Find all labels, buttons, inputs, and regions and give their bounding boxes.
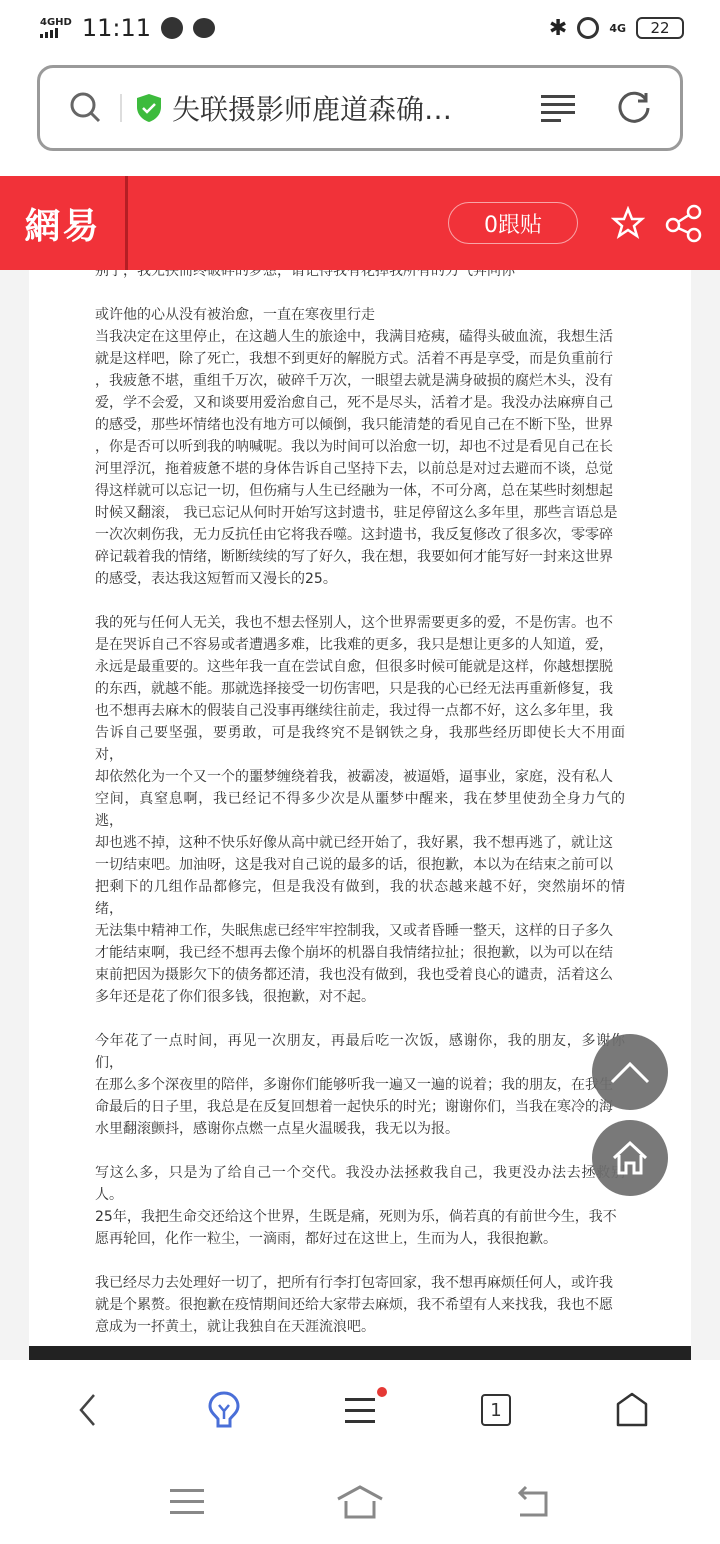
system-home-icon — [336, 1485, 384, 1519]
article-line: 碎记载着我的情绪，断断续续的写了好久，我在想，我要如何才能写好一封来这世界 — [95, 546, 625, 568]
article-line: 今年花了一点时间，再见一次朋友，再最后吃一次饭，感谢你，我的朋友，多谢你们， — [95, 1030, 625, 1074]
article-line: 25年，我把生命交还给这个世界，生既是痛，死则为乐，倘若真的有前世今生，我不 — [95, 1206, 625, 1228]
article-line: 就是这样吧，除了死亡，我想不到更好的解脱方式。活着不再是享受，而是负重前行 — [95, 348, 625, 370]
article-line: 多年还是花了你们很多钱，很抱歉，对不起。 — [95, 986, 625, 1008]
alarm-icon — [577, 17, 599, 39]
article-line: 是在哭诉自己不容易或者遭遇多难，比我难的更多，我只是想让更多的人知道，爱， — [95, 634, 625, 656]
reader-menu-icon[interactable] — [530, 80, 586, 136]
article-line: 愿再轮回，化作一粒尘，一滴雨，都好过在这世上，生而为人，我很抱歉。 — [95, 1228, 625, 1250]
scroll-to-top-button[interactable] — [592, 1034, 668, 1110]
article-line: 河里浮沉，拖着疲惫不堪的身体告诉自己坚持下去，以前总是对过去避而不谈，总觉 — [95, 458, 625, 480]
back-button[interactable] — [53, 1375, 123, 1445]
article-line: 无法集中精神工作，失眠焦虑已经牢牢控制我，又或者昏睡一整天，这样的日子多久 — [95, 920, 625, 942]
browser-address-area: 失联摄影师鹿道森确… — [0, 56, 720, 176]
notification-dot — [377, 1387, 387, 1397]
article-line: 写这么多，只是为了给自己一个交代。我没办法拯救我自己，我更没办法去拯救别人。 — [95, 1162, 625, 1206]
divider — [120, 94, 122, 122]
article-paragraph: 今年花了一点时间，再见一次朋友，再最后吃一次饭，感谢你，我的朋友，多谢你们，在那… — [95, 1030, 625, 1140]
recents-icon — [170, 1487, 204, 1517]
address-bar[interactable]: 失联摄影师鹿道森确… — [37, 65, 683, 151]
article-line: 告诉自己要坚强，要勇敢，可是我终究不是钢铁之身，我那些经历即使长大不用面对， — [95, 722, 625, 766]
system-back-button[interactable] — [503, 1472, 563, 1532]
article-line: 一切结束吧。加油呀，这是我对自己说的最多的话，很抱歉，本以为在结束之前可以 — [95, 854, 625, 876]
article-line: 我已经尽力去处理好一切了，把所有行李打包寄回家，我不想再麻烦任何人，或许我 — [95, 1272, 625, 1294]
chevron-up-icon — [610, 1060, 650, 1084]
site-logo[interactable]: 網易 — [0, 176, 128, 270]
article-line: 也不想再去麻木的假装自己没事再继续往前走，我过得一点都不好，这么多年里，我 — [95, 700, 625, 722]
article-line: ，我疲惫不堪，重组千万次，破碎千万次，一眼望去就是满身破损的腐烂木头，没有 — [95, 370, 625, 392]
clock: 11:11 — [82, 14, 151, 42]
network-label: 4GHD — [40, 18, 72, 28]
article-line: 才能结束啊，我已经不想再去像个崩坏的机器自我情绪拉扯；很抱歉，以为可以在结 — [95, 942, 625, 964]
site-header: 網易 0跟贴 — [0, 176, 720, 270]
status-bar: 4GHD 11:11 ✱ 4G 22 — [0, 0, 720, 56]
recents-button[interactable] — [157, 1472, 217, 1532]
article-line: 在那么多个深夜里的陪伴，多谢你们能够听我一遍又一遍的说着；我的朋友，在我生 — [95, 1074, 625, 1096]
article-line: 却也逃不掉，这种不快乐好像从高中就已经开始了，我好累，我不想再逃了，就让这 — [95, 832, 625, 854]
signal-bars-icon — [40, 28, 72, 38]
speedometer-icon — [161, 17, 183, 39]
article-body: 别了，我无挟而终破碎的梦想，请记得我有花掉我所有的力气奔向你 或许他的心从没有被… — [29, 270, 691, 1346]
article-image-edge — [29, 1346, 691, 1360]
article-line: 空间，真窒息啊，我已经记不得多少次是从噩梦中醒来，我在梦里使劲全身力气的逃， — [95, 788, 625, 832]
article-area: 别了，我无挟而终破碎的梦想，请记得我有花掉我所有的力气奔向你 或许他的心从没有被… — [0, 270, 720, 1360]
article-line: 命最后的日子里，我总是在反复回想着一起快乐的时光；谢谢你们，当我在寒冷的海 — [95, 1096, 625, 1118]
signal-indicator: 4GHD — [40, 18, 72, 38]
reload-icon[interactable] — [606, 80, 662, 136]
article-line: 当我决定在这里停止，在这趟人生的旅途中，我满目疮痍，磕得头破血流，我想生活 — [95, 326, 625, 348]
house-icon — [610, 1138, 650, 1178]
article-line: 意成为一抔黄土，就让我独自在天涯流浪吧。 — [95, 1316, 625, 1338]
article-paragraph: 写这么多，只是为了给自己一个交代。我没办法拯救我自己，我更没办法去拯救别人。25… — [95, 1162, 625, 1250]
hamburger-icon — [345, 1396, 375, 1424]
article-paragraph: 或许他的心从没有被治愈，一直在寒夜里行走当我决定在这里停止，在这趟人生的旅途中，… — [95, 304, 625, 590]
bluetooth-icon: ✱ — [549, 16, 567, 41]
system-home-button[interactable] — [330, 1472, 390, 1532]
chevron-left-icon — [76, 1392, 100, 1428]
article-line: 的感受，表达我这短暂而又漫长的25。 — [95, 568, 625, 590]
article-line: 的感受，那些坏情绪也没有地方可以倾倒，我只能清楚的看见自己在不断下坠，世界 — [95, 414, 625, 436]
comments-button[interactable]: 0跟贴 — [448, 202, 578, 244]
tabs-button[interactable]: 1 — [461, 1375, 531, 1445]
home-outline-icon — [616, 1392, 648, 1428]
battery-indicator: 22 — [636, 17, 684, 39]
data-network-label: 4G — [609, 22, 626, 35]
search-icon[interactable] — [58, 80, 114, 136]
article-line: 我的死与任何人无关，我也不想去怪别人，这个世界需要更多的爱，不是伤害。也不 — [95, 612, 625, 634]
article-line: 就是个累赘。很抱歉在疫情期间还给大家带去麻烦，我不希望有人来找我，我也不愿 — [95, 1294, 625, 1316]
lightbulb-icon — [207, 1390, 241, 1430]
article-line: 水里翻滚颤抖，感谢你点燃一点星火温暖我，我无以为报。 — [95, 1118, 625, 1140]
chat-bubble-icon — [193, 18, 215, 38]
article-paragraph: 我的死与任何人无关，我也不想去怪别人，这个世界需要更多的爱，不是伤害。也不是在哭… — [95, 612, 625, 1008]
article-line: 却依然化为一个又一个的噩梦缠绕着我，被霸凌，被逼婚，逼事业，家庭，没有私人 — [95, 766, 625, 788]
idea-button[interactable] — [189, 1375, 259, 1445]
secure-shield-icon — [136, 93, 162, 123]
article-line: 把剩下的几组作品都修完，但是我没有做到，我的状态越来越不好，突然崩坏的情绪， — [95, 876, 625, 920]
menu-button[interactable] — [325, 1375, 395, 1445]
browser-toolbar: 1 — [0, 1360, 720, 1460]
article-paragraph: 别了，我无挟而终破碎的梦想，请记得我有花掉我所有的力气奔向你 — [95, 270, 625, 282]
article-line: 或许他的心从没有被治愈，一直在寒夜里行走 — [95, 304, 625, 326]
article-line: 的东西，就越不能。那就选择接受一切伤害吧，只是我的心已经无法再重新修复，我 — [95, 678, 625, 700]
home-button[interactable] — [597, 1375, 667, 1445]
article-line: 得这样就可以忘记一切，但伤痛与人生已经融为一体，不可分离，总在某些时刻想起 — [95, 480, 625, 502]
article-paragraph: 我已经尽力去处理好一切了，把所有行李打包寄回家，我不想再麻烦任何人，或许我就是个… — [95, 1272, 625, 1338]
share-icon[interactable] — [664, 203, 704, 243]
page-title[interactable]: 失联摄影师鹿道森确… — [172, 88, 510, 128]
system-nav-bar — [0, 1460, 720, 1544]
article-line: 永远是最重要的。这些年我一直在尝试自愈，但很多时候可能就是这样，你越想摆脱 — [95, 656, 625, 678]
tab-count: 1 — [481, 1394, 511, 1426]
article-line: 一次次刺伤我，无力反抗任由它将我吞噬。这封遗书，我反复修改了很多次，零零碎 — [95, 524, 625, 546]
article-line: 束前把因为摄影欠下的债务都还清，我也没有做到，我也受着良心的谴责，活着这么 — [95, 964, 625, 986]
article-line: ，你是否可以听到我的呐喊呢。我以为时间可以治愈一切，却也不过是看见自己在长 — [95, 436, 625, 458]
return-icon — [516, 1485, 550, 1519]
home-float-button[interactable] — [592, 1120, 668, 1196]
article-line: 爱，学不会爱，又和谈要用爱治愈自己，死不是尽头，活着才是。我没办法麻痹自己 — [95, 392, 625, 414]
star-icon[interactable] — [608, 203, 648, 243]
article-line: 时候又翻滚， 我已忘记从何时开始写这封遗书，驻足停留这么多年里，那些言语总是 — [95, 502, 625, 524]
